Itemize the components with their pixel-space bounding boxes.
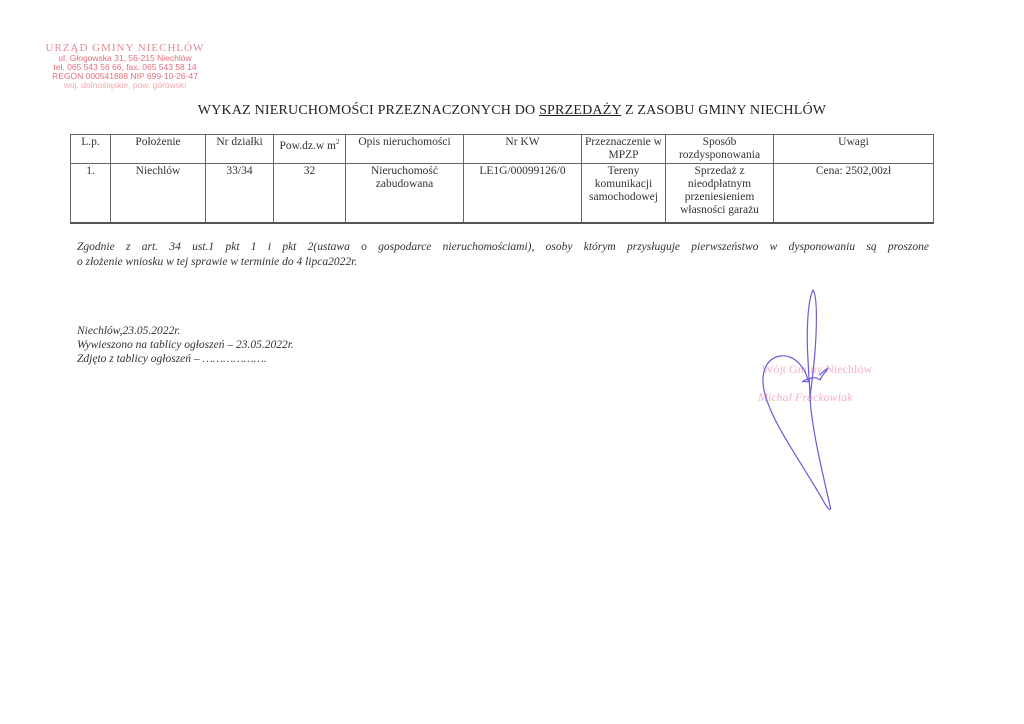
cell-uwagi: Cena: 2502,00zł [774, 164, 934, 224]
cell-przeznaczenie: Tereny komunikacji samochodowej [582, 164, 666, 224]
posted-date: Wywieszono na tablicy ogłoszeń – 23.05.2… [77, 338, 294, 352]
notice-line-1: Zgodnie z art. 34 ust.1 pkt 1 i pkt 2(us… [77, 240, 929, 255]
header-nr-dzialki: Nr działki [206, 135, 274, 164]
stamp-region: woj. dolnośląskie, pow. górowski [40, 81, 210, 90]
header-lp: L.p. [71, 135, 111, 164]
header-powierzchnia: Pow.dz.w m2 [274, 135, 346, 164]
title-part: WYKAZ NIERUCHOMOŚCI PRZEZNACZONYCH DO [198, 103, 539, 118]
legal-notice: Zgodnie z art. 34 ust.1 pkt 1 i pkt 2(us… [77, 240, 929, 270]
table-header-row: L.p. Położenie Nr działki Pow.dz.w m2 Op… [71, 135, 934, 164]
cell-lp: 1. [71, 164, 111, 224]
document-title: WYKAZ NIERUCHOMOŚCI PRZEZNACZONYCH DO SP… [0, 103, 1024, 119]
title-part: Z ZASOBU GMINY NIECHLÓW [621, 103, 826, 118]
property-table: L.p. Położenie Nr działki Pow.dz.w m2 Op… [70, 134, 934, 224]
superscript: 2 [336, 138, 340, 146]
handwritten-signature-icon [740, 280, 900, 520]
title-underlined: SPRZEDAŻY [539, 103, 621, 118]
header-sposob: Sposób rozdysponowania [666, 135, 774, 164]
posting-info: Niechlów,23.05.2022r. Wywieszono na tabl… [77, 324, 294, 366]
office-stamp: URZĄD GMINY NIECHLÓW ul. Głogowska 31, 5… [40, 42, 210, 90]
notice-line-2: o złożenie wniosku w tej sprawie w termi… [77, 256, 357, 268]
cell-sposob: Sprzedaż z nieodpłatnym przeniesieniem w… [666, 164, 774, 224]
header-opis: Opis nieruchomości [346, 135, 464, 164]
place-date: Niechlów,23.05.2022r. [77, 324, 294, 338]
cell-polozenie: Niechlów [111, 164, 206, 224]
cell-opis: Nieruchomość zabudowana [346, 164, 464, 224]
cell-powierzchnia: 32 [274, 164, 346, 224]
header-nr-kw: Nr KW [464, 135, 582, 164]
header-powierzchnia-text: Pow.dz.w m [280, 140, 336, 152]
table-row: 1. Niechlów 33/34 32 Nieruchomość zabudo… [71, 164, 934, 224]
cell-nr-kw: LE1G/00099126/0 [464, 164, 582, 224]
removed-date: Zdjęto z tablicy ogłoszeń – ………………. [77, 352, 294, 366]
cell-nr-dzialki: 33/34 [206, 164, 274, 224]
header-uwagi: Uwagi [774, 135, 934, 164]
header-przeznaczenie: Przeznaczenie w MPZP [582, 135, 666, 164]
header-polozenie: Położenie [111, 135, 206, 164]
